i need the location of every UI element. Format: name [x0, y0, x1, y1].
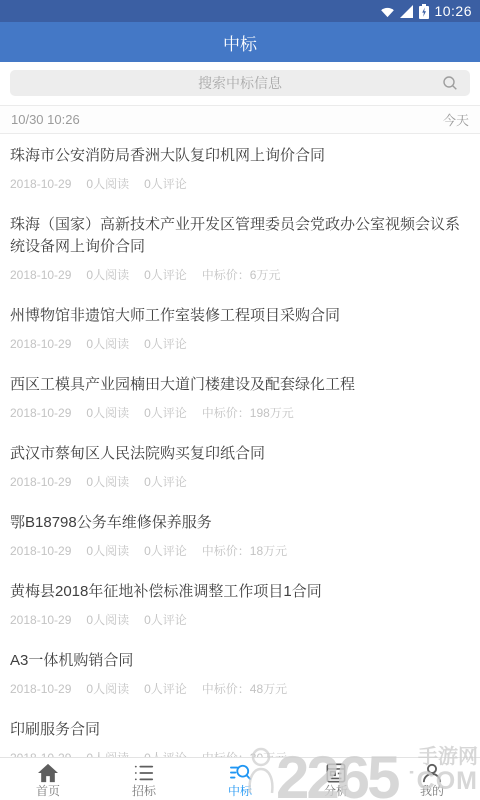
item-reads-count: 0人阅读	[86, 683, 129, 696]
item-comments-count: 0人评论	[144, 476, 187, 489]
report-icon	[325, 763, 347, 783]
item-comments-count: 0人评论	[144, 178, 187, 191]
item-date: 2018-10-29	[10, 338, 71, 351]
list-item[interactable]: 州博物馆非遗馆大师工作室装修工程项目采购合同 2018-10-29 0人阅读 0…	[0, 294, 480, 363]
item-reads-count: 0人阅读	[86, 476, 129, 489]
search-input[interactable]: 搜索中标信息	[10, 70, 470, 96]
tab-label: 我的	[420, 785, 444, 797]
status-bar: 10:26	[0, 0, 480, 22]
item-reads-count: 0人阅读	[86, 407, 129, 420]
item-comments-count: 0人评论	[144, 545, 187, 558]
item-meta: 2018-10-29 0人阅读 0人评论	[10, 476, 468, 489]
item-date: 2018-10-29	[10, 178, 71, 191]
item-title: 州博物馆非遗馆大师工作室装修工程项目采购合同	[10, 305, 468, 327]
list-search-icon	[229, 763, 251, 783]
signal-icon	[400, 5, 414, 18]
item-title: 珠海市公安消防局香洲大队复印机网上询价合同	[10, 145, 468, 167]
item-date: 2018-10-29	[10, 683, 71, 696]
wifi-icon	[380, 5, 395, 18]
tab-label: 招标	[132, 785, 156, 797]
item-title: 武汉市蔡甸区人民法院购买复印纸合同	[10, 443, 468, 465]
item-comments-count: 0人评论	[144, 683, 187, 696]
item-date: 2018-10-29	[10, 269, 71, 282]
list-item[interactable]: 西区工模具产业园楠田大道门楼建设及配套绿化工程 2018-10-29 0人阅读 …	[0, 363, 480, 432]
list-item[interactable]: 珠海（国家）高新技术产业开发区管理委员会党政办公室视频会议系统设备网上询价合同 …	[0, 203, 480, 294]
search-section: 搜索中标信息	[0, 62, 480, 105]
search-icon[interactable]	[442, 75, 458, 96]
battery-icon	[419, 4, 429, 19]
item-comments-count: 0人评论	[144, 269, 187, 282]
list-item[interactable]: 珠海市公安消防局香洲大队复印机网上询价合同 2018-10-29 0人阅读 0人…	[0, 134, 480, 203]
item-bid-price: 中标价：198万元	[202, 407, 294, 420]
status-time: 10:26	[434, 3, 472, 19]
item-date: 2018-10-29	[10, 476, 71, 489]
tab-home[interactable]: 首页	[0, 758, 96, 800]
item-meta: 2018-10-29 0人阅读 0人评论	[10, 614, 468, 627]
item-date: 2018-10-29	[10, 407, 71, 420]
item-reads-count: 0人阅读	[86, 338, 129, 351]
item-meta: 2018-10-29 0人阅读 0人评论	[10, 338, 468, 351]
tab-label: 中标	[228, 785, 252, 797]
item-reads-count: 0人阅读	[86, 614, 129, 627]
item-meta: 2018-10-29 0人阅读 0人评论 中标价：18万元	[10, 545, 468, 558]
date-header-today-label: 今天	[443, 110, 469, 129]
item-title: 鄂B18798公务车维修保养服务	[10, 512, 468, 534]
bid-list: 珠海市公安消防局香洲大队复印机网上询价合同 2018-10-29 0人阅读 0人…	[0, 134, 480, 777]
list-icon	[133, 763, 155, 783]
item-comments-count: 0人评论	[144, 614, 187, 627]
list-item[interactable]: A3一体机购销合同 2018-10-29 0人阅读 0人评论 中标价：48万元	[0, 639, 480, 708]
item-bid-price: 中标价：18万元	[202, 545, 287, 558]
tab-label: 首页	[36, 785, 60, 797]
list-item[interactable]: 鄂B18798公务车维修保养服务 2018-10-29 0人阅读 0人评论 中标…	[0, 501, 480, 570]
item-title: 西区工模具产业园楠田大道门楼建设及配套绿化工程	[10, 374, 468, 396]
date-header: 10/30 10:26 今天	[0, 105, 480, 134]
page-title: 中标	[223, 30, 257, 55]
home-icon	[37, 763, 59, 783]
person-icon	[421, 763, 443, 783]
item-title: 珠海（国家）高新技术产业开发区管理委员会党政办公室视频会议系统设备网上询价合同	[10, 214, 468, 258]
app-bar: 中标	[0, 22, 480, 62]
item-meta: 2018-10-29 0人阅读 0人评论	[10, 178, 468, 191]
list-item[interactable]: 黄梅县2018年征地补偿标准调整工作项目1合同 2018-10-29 0人阅读 …	[0, 570, 480, 639]
tab-bar: 首页 招标	[0, 757, 480, 800]
search-placeholder: 搜索中标信息	[198, 73, 282, 93]
tab-fenxi[interactable]: 分析	[288, 758, 384, 800]
item-reads-count: 0人阅读	[86, 545, 129, 558]
item-reads-count: 0人阅读	[86, 269, 129, 282]
tab-label: 分析	[324, 785, 348, 797]
tab-zhaobiao[interactable]: 招标	[96, 758, 192, 800]
tab-zhongbiao[interactable]: 中标	[192, 758, 288, 800]
date-header-timestamp: 10/30 10:26	[11, 112, 80, 127]
item-bid-price: 中标价：48万元	[202, 683, 287, 696]
item-date: 2018-10-29	[10, 545, 71, 558]
item-meta: 2018-10-29 0人阅读 0人评论 中标价：6万元	[10, 269, 468, 282]
list-item[interactable]: 武汉市蔡甸区人民法院购买复印纸合同 2018-10-29 0人阅读 0人评论	[0, 432, 480, 501]
item-comments-count: 0人评论	[144, 407, 187, 420]
item-comments-count: 0人评论	[144, 338, 187, 351]
item-title: 印刷服务合同	[10, 719, 468, 741]
item-date: 2018-10-29	[10, 614, 71, 627]
item-title: 黄梅县2018年征地补偿标准调整工作项目1合同	[10, 581, 468, 603]
item-meta: 2018-10-29 0人阅读 0人评论 中标价：198万元	[10, 407, 468, 420]
item-meta: 2018-10-29 0人阅读 0人评论 中标价：48万元	[10, 683, 468, 696]
item-title: A3一体机购销合同	[10, 650, 468, 672]
item-reads-count: 0人阅读	[86, 178, 129, 191]
tab-mine[interactable]: 我的	[384, 758, 480, 800]
item-bid-price: 中标价：6万元	[202, 269, 281, 282]
